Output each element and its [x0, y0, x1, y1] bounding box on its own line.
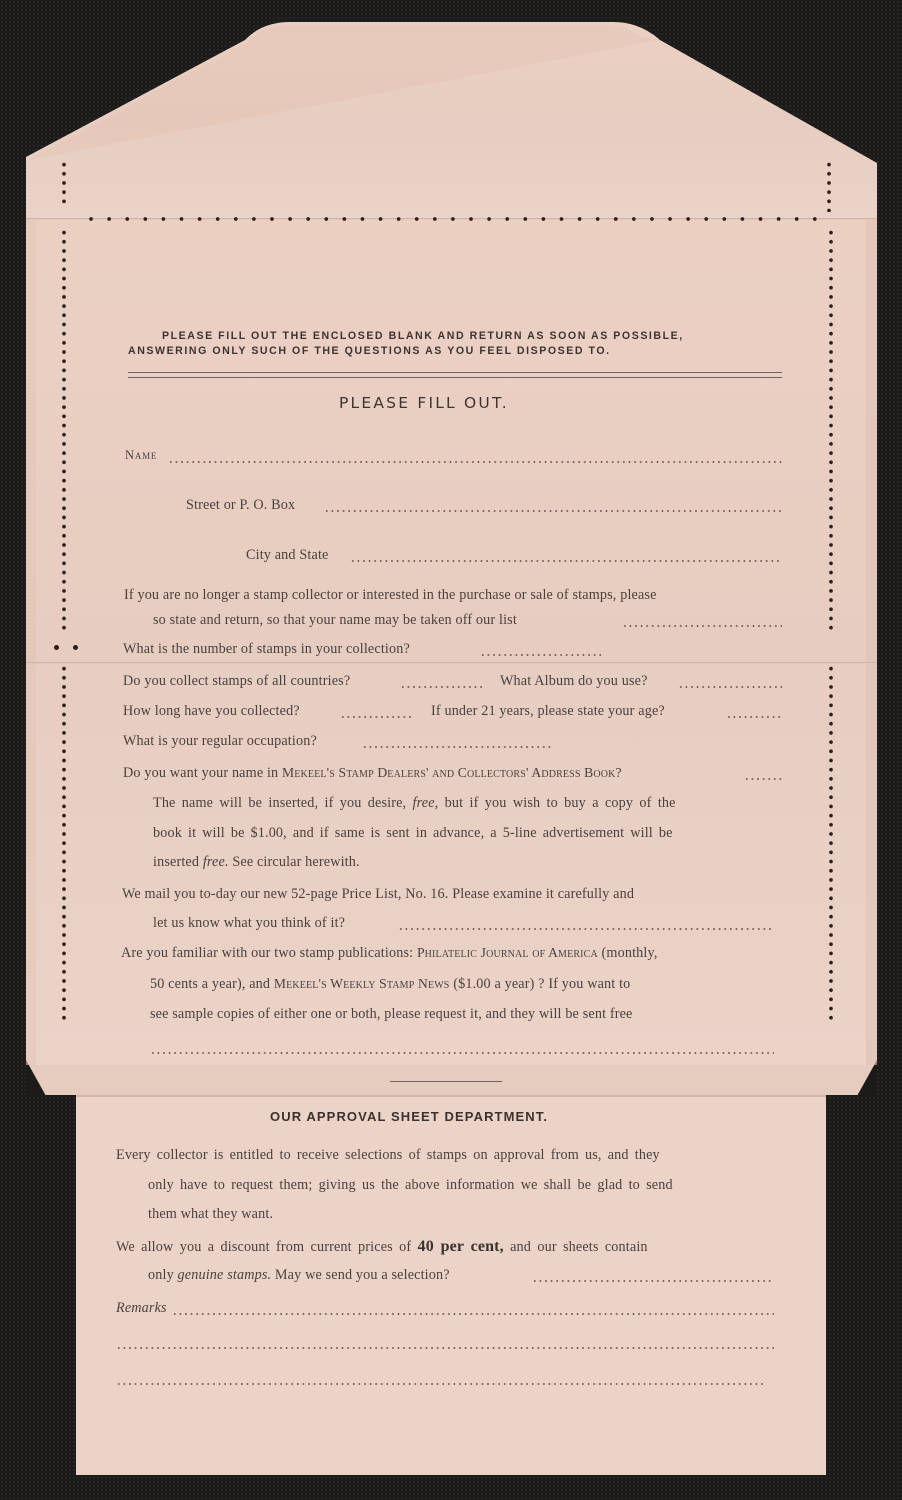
question-album: What Album do you use? [500, 673, 648, 690]
address-book-note-line-1: The name will be inserted, if you desire… [153, 795, 676, 812]
genuine-text: only [148, 1267, 178, 1283]
pub-text: (monthly, [598, 945, 658, 961]
pub-text: ($1.00 a year) ? If you want to [450, 976, 631, 992]
city-state-field[interactable] [350, 560, 782, 562]
question-price-list-line-1: We mail you to-day our new 52-page Price… [122, 886, 634, 903]
remarks-field-line-3[interactable] [116, 1383, 766, 1385]
address-book-note-line-3: inserted free. See circular herewith. [153, 854, 360, 871]
left-lower-perforation [62, 664, 66, 1024]
question-publications-line-1: Are you familiar with our two stamp publ… [121, 945, 658, 962]
genuine-text: May we send you a selection? [271, 1267, 450, 1283]
remarks-label: Remarks [116, 1300, 167, 1317]
section-divider [390, 1081, 502, 1082]
note-text: inserted [153, 854, 203, 870]
free-italic: free, [413, 795, 439, 811]
free-italic: free. [203, 854, 229, 870]
left-upper-perforation [62, 228, 66, 632]
question-unsubscribe-line-1: If you are no longer a stamp collector o… [124, 587, 657, 604]
address-book-prefix: Do you want your name in [123, 765, 282, 781]
all-countries-field[interactable] [400, 686, 484, 688]
name-field[interactable] [168, 461, 782, 463]
approval-para-2-line-2: only genuine stamps. May we send you a s… [148, 1267, 450, 1284]
remarks-field-line-2[interactable] [116, 1347, 774, 1349]
street-field[interactable] [324, 510, 782, 512]
discount-text: We allow you a discount from current pri… [116, 1239, 418, 1255]
publication-title: Philatelic Journal of America [417, 945, 598, 960]
album-field[interactable] [678, 686, 782, 688]
right-upper-perforation [829, 228, 833, 632]
page-title: PLEASE FILL OUT. [339, 394, 509, 412]
approval-heading: OUR APPROVAL SHEET DEPARTMENT. [270, 1109, 548, 1124]
price-list-field[interactable] [398, 928, 774, 930]
discount-text: and our sheets contain [504, 1239, 648, 1255]
approval-para-1-line-3: them what they want. [148, 1206, 273, 1223]
publications-field[interactable] [150, 1052, 774, 1054]
perforation-hole [73, 645, 78, 650]
right-lower-perforation [829, 664, 833, 1024]
question-unsubscribe-line-2: so state and return, so that your name m… [153, 612, 517, 629]
perforation-hole [54, 645, 59, 650]
question-publications-line-2: 50 cents a year), and Mekeel's Weekly St… [150, 976, 630, 993]
double-rule-bottom [128, 377, 782, 378]
years-collected-field[interactable] [340, 716, 414, 718]
double-rule-top [128, 372, 782, 373]
question-price-list-line-2: let us know what you think of it? [153, 915, 345, 932]
note-text: The name will be inserted, if you desire… [153, 795, 413, 811]
pub-text: Are you familiar with our two stamp publ… [121, 945, 417, 961]
approval-para-1-line-2: only have to request them; giving us the… [148, 1177, 673, 1194]
city-state-label: City and State [246, 547, 329, 564]
middle-fold-line [26, 662, 877, 664]
top-perforation [82, 217, 822, 221]
publication-title: Mekeel's Weekly Stamp News [274, 976, 450, 991]
discount-percent: 40 per cent, [418, 1238, 504, 1255]
note-text: but if you wish to buy a copy of the [438, 795, 675, 811]
notice-line-1: PLEASE FILL OUT THE ENCLOSED BLANK AND R… [162, 330, 684, 342]
collection-size-field[interactable] [480, 654, 602, 656]
note-text: See circular herewith. [229, 854, 360, 870]
paper-outline [0, 0, 902, 1500]
address-book-title: Mekeel's Stamp Dealers' and Collectors' … [282, 765, 622, 780]
age-field[interactable] [726, 716, 782, 718]
unsubscribe-field[interactable] [622, 625, 782, 627]
question-years-collected: How long have you collected? [123, 703, 300, 720]
letter-card-sheet: PLEASE FILL OUT THE ENCLOSED BLANK AND R… [0, 0, 902, 1500]
left-flap-perforation [62, 160, 66, 208]
address-book-note-line-2: book it will be $1.00, and if same is se… [153, 825, 673, 842]
selection-field[interactable] [532, 1280, 774, 1282]
notice-line-2: ANSWERING ONLY SUCH OF THE QUESTIONS AS … [128, 345, 611, 357]
approval-para-1-line-1: Every collector is entitled to receive s… [116, 1147, 660, 1164]
approval-para-2-line-1: We allow you a discount from current pri… [116, 1238, 648, 1256]
right-flap-perforation [827, 160, 831, 212]
question-publications-line-3: see sample copies of either one or both,… [150, 1006, 633, 1023]
question-address-book: Do you want your name in Mekeel's Stamp … [123, 765, 622, 782]
question-age: If under 21 years, please state your age… [431, 703, 665, 720]
street-label: Street or P. O. Box [186, 497, 295, 514]
occupation-field[interactable] [362, 746, 554, 748]
pub-text: 50 cents a year), and [150, 976, 274, 992]
remarks-field-line-1[interactable] [172, 1313, 774, 1315]
question-collection-size: What is the number of stamps in your col… [123, 641, 410, 658]
address-book-field[interactable] [744, 778, 782, 780]
name-label: Name [125, 448, 157, 463]
question-occupation: What is your regular occupation? [123, 733, 317, 750]
genuine-stamps-italic: genuine stamps. [178, 1267, 272, 1283]
question-all-countries: Do you collect stamps of all countries? [123, 673, 350, 690]
